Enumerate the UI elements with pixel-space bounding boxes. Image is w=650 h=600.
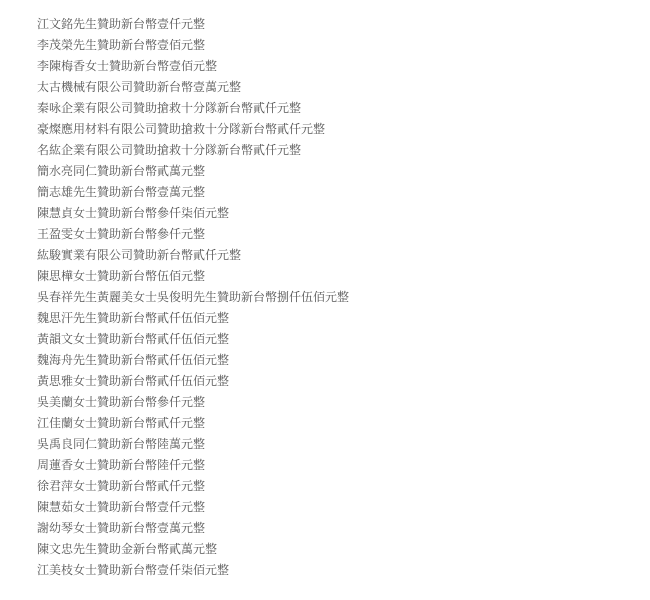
sponsor-item: 謝幼琴女士贊助新台幣壹萬元整 bbox=[37, 518, 349, 539]
sponsor-item: 簡水亮同仁贊助新台幣貳萬元整 bbox=[37, 161, 349, 182]
sponsor-item: 江文銘先生贊助新台幣壹仟元整 bbox=[37, 14, 349, 35]
sponsor-item: 簡志雄先生贊助新台幣壹萬元整 bbox=[37, 182, 349, 203]
sponsor-item: 秦咏企業有限公司贊助搶救十分隊新台幣貳仟元整 bbox=[37, 98, 349, 119]
sponsor-list: 江文銘先生贊助新台幣壹仟元整 李茂榮先生贊助新台幣壹佰元整 李陳梅香女士贊助新台… bbox=[37, 14, 349, 581]
sponsor-item: 黃思雅女士贊助新台幣貳仟伍佰元整 bbox=[37, 371, 349, 392]
sponsor-item: 李陳梅香女士贊助新台幣壹佰元整 bbox=[37, 56, 349, 77]
sponsor-item: 李茂榮先生贊助新台幣壹佰元整 bbox=[37, 35, 349, 56]
sponsor-item: 吳禹良同仁贊助新台幣陸萬元整 bbox=[37, 434, 349, 455]
sponsor-item: 名紘企業有限公司贊助搶救十分隊新台幣貳仟元整 bbox=[37, 140, 349, 161]
sponsor-item: 徐君萍女士贊助新台幣貳仟元整 bbox=[37, 476, 349, 497]
sponsor-item: 吳春祥先生黃麗美女士吳俊明先生贊助新台幣捌仟伍佰元整 bbox=[37, 287, 349, 308]
sponsor-item: 紘駿實業有限公司贊助新台幣貳仟元整 bbox=[37, 245, 349, 266]
sponsor-item: 魏海舟先生贊助新台幣貳仟伍佰元整 bbox=[37, 350, 349, 371]
sponsor-item: 江佳蘭女士贊助新台幣貳仟元整 bbox=[37, 413, 349, 434]
sponsor-item: 太古機械有限公司贊助新台幣壹萬元整 bbox=[37, 77, 349, 98]
sponsor-item: 陳思樺女士贊助新台幣伍佰元整 bbox=[37, 266, 349, 287]
sponsor-item: 黃韻文女士贊助新台幣貳仟伍佰元整 bbox=[37, 329, 349, 350]
sponsor-item: 江美枝女士贊助新台幣壹仟柒佰元整 bbox=[37, 560, 349, 581]
sponsor-item: 周蓮香女士贊助新台幣陸仟元整 bbox=[37, 455, 349, 476]
sponsor-item: 魏思汗先生贊助新台幣貳仟伍佰元整 bbox=[37, 308, 349, 329]
sponsor-item: 吳美蘭女士贊助新台幣參仟元整 bbox=[37, 392, 349, 413]
sponsor-item: 豪燦應用材料有限公司贊助搶救十分隊新台幣貳仟元整 bbox=[37, 119, 349, 140]
sponsor-item: 陳慧茹女士贊助新台幣壹仟元整 bbox=[37, 497, 349, 518]
sponsor-item: 陳慧貞女士贊助新台幣參仟柒佰元整 bbox=[37, 203, 349, 224]
sponsor-item: 王盈雯女士贊助新台幣參仟元整 bbox=[37, 224, 349, 245]
sponsor-item: 陳文忠先生贊助金新台幣貳萬元整 bbox=[37, 539, 349, 560]
